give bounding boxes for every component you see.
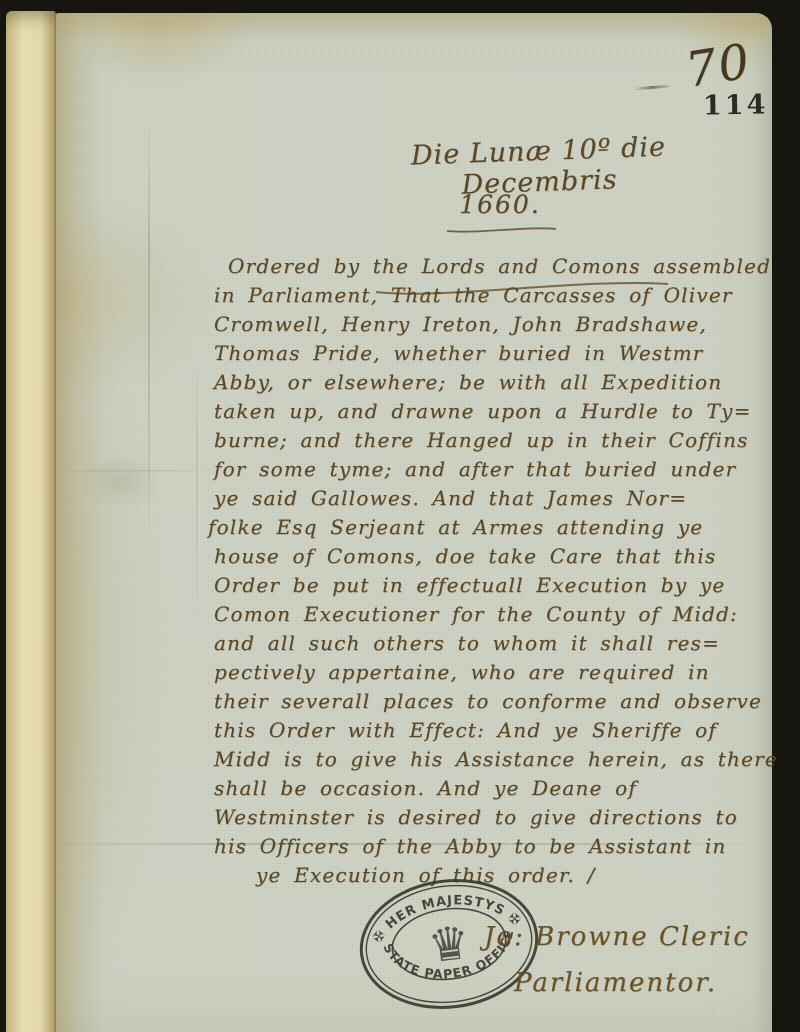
body-line: for some tyme; and after that buried und… (214, 455, 776, 484)
book-binding-edge (6, 11, 56, 1032)
body-line: in Parliament, That the Carcasses of Oli… (214, 281, 776, 310)
archive-stamp-number: 114 (703, 89, 769, 121)
horizontal-crease (60, 470, 210, 472)
order-body: Ordered by the Lords and Comons assemble… (214, 252, 776, 890)
body-line: shall be occasion. And ye Deane of (214, 774, 776, 803)
heading-date-line2: 1660. (418, 190, 582, 219)
body-line: his Officers of the Abby to be Assistant… (214, 832, 776, 861)
body-line: ye said Gallowes. And that James Nor= (214, 484, 776, 513)
body-line: Thomas Pride, whether buried in Westmr (214, 339, 776, 368)
body-line: Abby, or elsewhere; be with all Expediti… (214, 368, 776, 397)
body-line: Ordered by the Lords and Comons assemble… (214, 252, 776, 281)
signature-line2: Parliamentor. (514, 968, 717, 998)
body-line: Westminster is desired to give direction… (214, 803, 776, 832)
body-line: this Order with Effect: And ye Sheriffe … (214, 716, 776, 745)
date-underline-flourish (444, 224, 560, 236)
body-line: Comon Executioner for the County of Midd… (214, 600, 776, 629)
body-line: Cromwell, Henry Ireton, John Bradshawe, (214, 310, 776, 339)
body-line: burne; and there Hanged up in their Coff… (214, 426, 776, 455)
manuscript-scan: 70 114 Die Lunæ 10º die Decembris 1660. … (0, 0, 800, 1032)
vertical-crease (148, 116, 150, 546)
signature-line1: Jo: Browne Cleric (484, 922, 750, 952)
body-line: Midd is to give his Assistance herein, a… (214, 745, 776, 774)
body-line: folke Esq Serjeant at Armes attending ye (208, 513, 776, 542)
body-line: house of Comons, doe take Care that this (214, 542, 776, 571)
body-line: taken up, and drawne upon a Hurdle to Ty… (214, 397, 776, 426)
body-line: Order be put in effectuall Execution by … (214, 571, 776, 600)
body-line: their severall places to conforme and ob… (214, 687, 776, 716)
body-line: and all such others to whom it shall res… (214, 629, 776, 658)
body-line: pectively appertaine, who are required i… (214, 658, 776, 687)
folio-number: 70 (683, 37, 755, 95)
vertical-crease (196, 360, 198, 620)
crown-icon: ♛ (425, 915, 473, 974)
